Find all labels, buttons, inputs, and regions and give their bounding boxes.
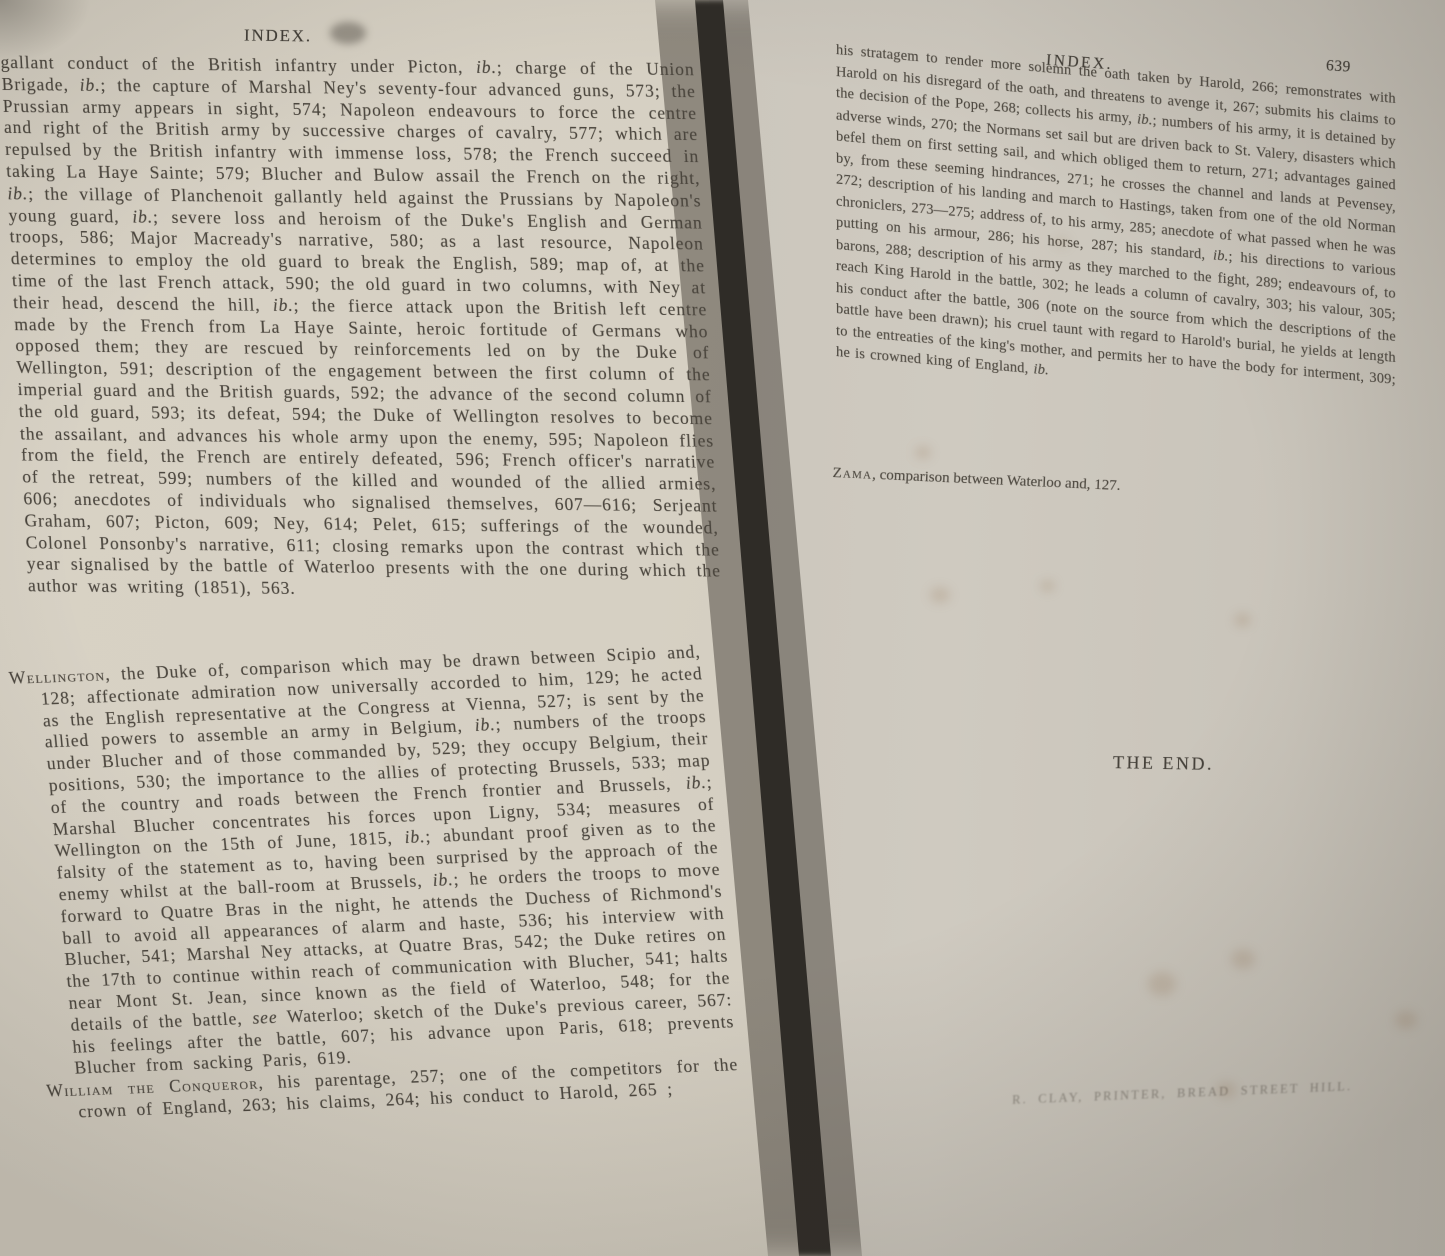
foxing-spot [1053,236,1069,248]
foxing-spot [1234,613,1251,627]
foxing-spot [385,755,399,766]
index-heading-left: INDEX. [244,26,312,47]
index-entry-wellington: Wellington, the Duke of, comparison whic… [8,641,737,1081]
index-entry-william-continuation: his stratagem to render more solemn the … [836,40,1396,413]
the-end-text: THE END. [1113,752,1214,775]
foxing-spot [1216,1082,1236,1098]
index-entry-waterloo-continuation: gallant conduct of the British infantry … [0,52,723,605]
foxing-spot [1148,972,1176,996]
page-number: 639 [1325,57,1351,76]
foxing-spot [930,587,950,603]
left-page-lower-entries: Wellington, the Duke of, comparison whic… [8,641,741,1124]
index-entry-zama: Zama, comparison between Waterloo and, 1… [832,465,1121,495]
foxing-spot [1395,1011,1417,1029]
foxing-spot [1040,580,1055,592]
ink-smudge [330,22,366,44]
open-book-photo: INDEX. gallant conduct of the British in… [0,0,1445,1256]
foxing-spot [915,446,931,459]
printer-imprint: R. CLAY, PRINTER, BREAD STREET HILL. [1012,1079,1353,1108]
foxing-spot [1231,949,1255,969]
